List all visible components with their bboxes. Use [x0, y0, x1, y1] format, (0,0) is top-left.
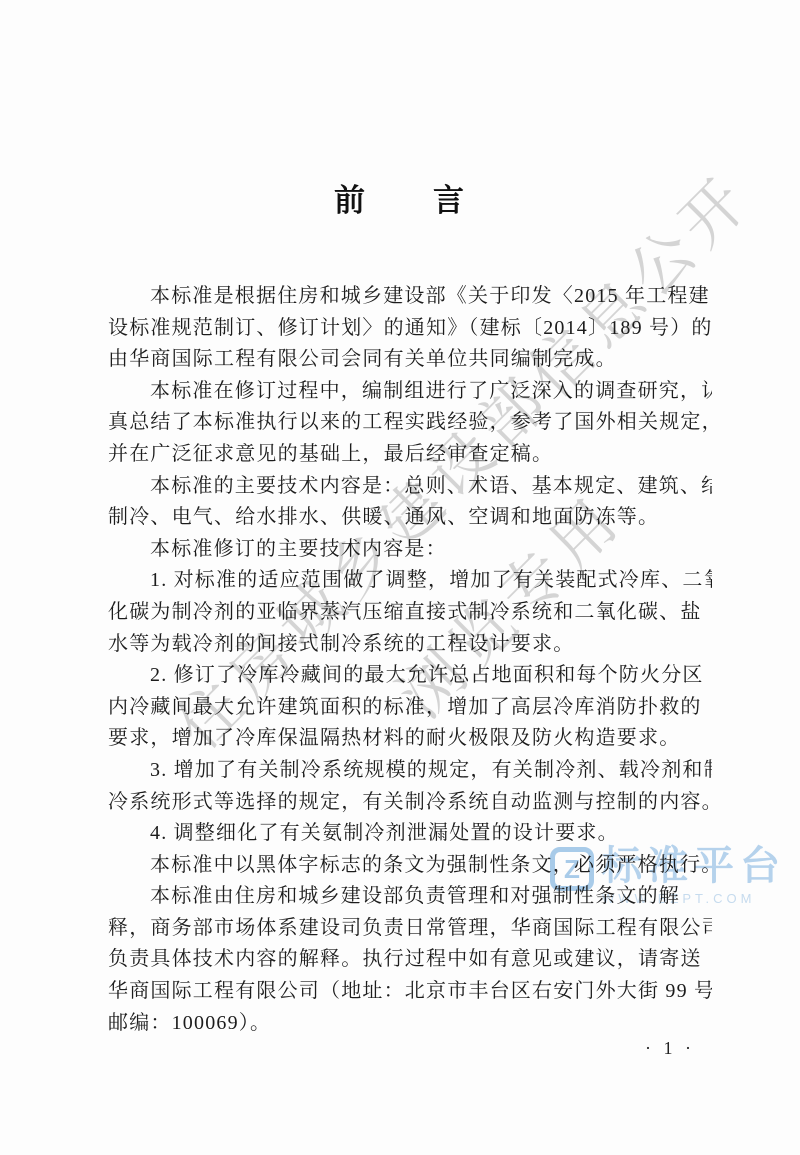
text-line: 冷系统形式等选择的规定，有关制冷系统自动监测与控制的内容。 [108, 787, 712, 819]
text-line: 4. 调整细化了有关氨制冷剂泄漏处置的设计要求。 [108, 818, 712, 850]
text-line: 化碳为制冷剂的亚临界蒸汽压缩直接式制冷系统和二氧化碳、盐 [108, 597, 712, 629]
text-line: 本标准的主要技术内容是：总则、术语、基本规定、建筑、结构、 [108, 471, 712, 503]
text-line: 本标准修订的主要技术内容是： [108, 534, 712, 566]
text-line: 华商国际工程有限公司（地址：北京市丰台区右安门外大街 99 号， [108, 976, 712, 1008]
text-line: 本标准由住房和城乡建设部负责管理和对强制性条文的解 [108, 881, 712, 913]
text-line: 真总结了本标准执行以来的工程实践经验，参考了国外相关规定， [108, 407, 712, 439]
page-title: 前 言 [0, 175, 800, 220]
text-line: 本标准在修订过程中，编制组进行了广泛深入的调查研究，认 [108, 376, 712, 408]
text-line: 要求，增加了冷库保温隔热材料的耐火极限及防火构造要求。 [108, 723, 712, 755]
text-line: 释，商务部市场体系建设司负责日常管理，华商国际工程有限公司 [108, 913, 712, 945]
page-number: · 1 · [0, 1038, 695, 1059]
text-line: 2. 修订了冷库冷藏间的最大允许总占地面积和每个防火分区 [108, 660, 712, 692]
text-line: 内冷藏间最大允许建筑面积的标准，增加了高层冷库消防扑救的 [108, 692, 712, 724]
text-line: 并在广泛征求意见的基础上，最后经审查定稿。 [108, 439, 712, 471]
text-line: 本标准是根据住房和城乡建设部《关于印发〈2015 年工程建 [108, 281, 712, 313]
text-line: 3. 增加了有关制冷系统规模的规定，有关制冷剂、载冷剂和制 [108, 755, 712, 787]
text-line: 由华商国际工程有限公司会同有关单位共同编制完成。 [108, 344, 712, 376]
text-line: 制冷、电气、给水排水、供暖、通风、空调和地面防冻等。 [108, 502, 712, 534]
text-line: 邮编：100069）。 [108, 1008, 712, 1040]
text-line: 设标准规范制订、修订计划〉的通知》（建标〔2014〕189 号）的要求， [108, 313, 712, 345]
text-line: 水等为载冷剂的间接式制冷系统的工程设计要求。 [108, 629, 712, 661]
document-page: 住房城乡建设部信息公开 浏览专用 Z 标准平台 WWW.BZPT.COM 前 言… [0, 0, 800, 1155]
text-line: 本标准中以黑体字标志的条文为强制性条文，必须严格执行。 [108, 850, 712, 882]
document-text-layer: 前 言 本标准是根据住房和城乡建设部《关于印发〈2015 年工程建设标准规范制订… [0, 0, 800, 1155]
document-body: 本标准是根据住房和城乡建设部《关于印发〈2015 年工程建设标准规范制订、修订计… [108, 281, 712, 1039]
text-line: 1. 对标准的适应范围做了调整，增加了有关装配式冷库、二氧 [108, 565, 712, 597]
text-line: 负责具体技术内容的解释。执行过程中如有意见或建议，请寄送 [108, 944, 712, 976]
